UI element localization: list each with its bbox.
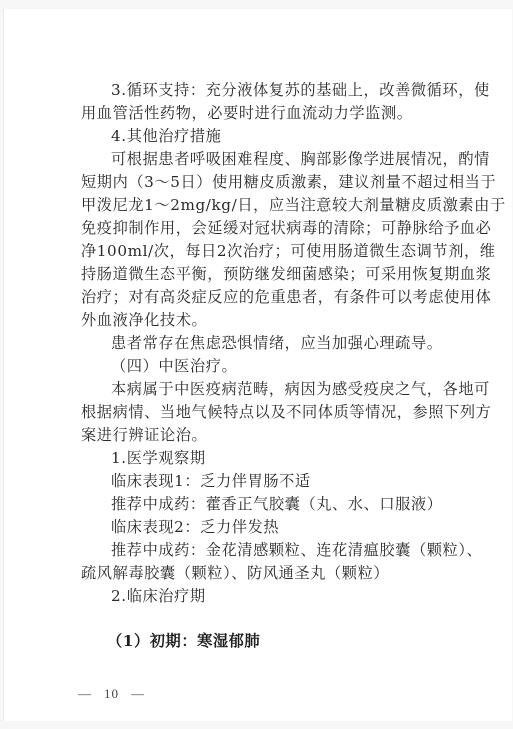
footer-dash-left: — [78, 686, 92, 701]
paragraph-glucocorticoid-cont-4: 净100ml/次，每日2次治疗；可使用肠道微生态调节剂，维 [81, 241, 441, 261]
paragraph-glucocorticoid-cont-7: 外血液净化技术。 [81, 310, 441, 330]
heading-observation-period: 1.医学观察期 [111, 448, 441, 468]
recommended-medicine-1: 推荐中成药：藿香正气胶囊（丸、水、口服液） [111, 494, 441, 514]
paragraph-tcm-intro: 本病属于中医疫病范畴，病因为感受疫戾之气，各地可 [111, 379, 441, 399]
paragraph-glucocorticoid-cont-2: 甲泼尼龙1～2mg/kg/日，应当注意较大剂量糖皮质激素由于 [81, 195, 441, 215]
paragraph-tcm-intro-cont-1: 根据病情、当地气候特点以及不同体质等情况，参照下列方 [81, 402, 441, 422]
paragraph-circulation-support-cont: 用血管活性药物，必要时进行血流动力学监测。 [81, 103, 441, 123]
paragraph-glucocorticoid-cont-5: 持肠道微生态平衡，预防继发细菌感染；可采用恢复期血浆 [81, 264, 441, 284]
heading-tcm-treatment: （四）中医治疗。 [111, 356, 441, 376]
paragraph-tcm-intro-cont-2: 案进行辨证论治。 [81, 425, 441, 445]
clinical-manifestation-2: 临床表现2：乏力伴发热 [111, 517, 441, 537]
page-number: 10 [104, 686, 119, 701]
recommended-medicine-2: 推荐中成药：金花清感颗粒、连花清瘟胶囊（颗粒）、 [111, 540, 441, 560]
paragraph-glucocorticoid-cont-3: 免疫抑制作用，会延缓对冠状病毒的清除；可静脉给予血必 [81, 218, 441, 238]
paragraph-glucocorticoid-cont-1: 短期内（3～5日）使用糖皮质激素，建议剂量不超过相当于 [81, 172, 441, 192]
heading-initial-stage: （1）初期：寒湿郁肺 [107, 631, 437, 651]
clinical-manifestation-1: 临床表现1：乏力伴胃肠不适 [111, 471, 441, 491]
heading-clinical-treatment-period: 2.临床治疗期 [111, 586, 441, 606]
paragraph-circulation-support: 3.循环支持：充分液体复苏的基础上，改善微循环，使 [111, 80, 441, 100]
heading-other-treatments: 4.其他治疗措施 [111, 126, 441, 146]
paragraph-glucocorticoid-cont-6: 治疗；对有高炎症反应的危重患者，有条件可以考虑使用体 [81, 287, 441, 307]
paragraph-glucocorticoid: 可根据患者呼吸困难程度、胸部影像学进展情况，酌情 [111, 149, 441, 169]
page-number-footer: —10— [72, 686, 151, 702]
recommended-medicine-2-cont: 疏风解毒胶囊（颗粒）、防风通圣丸（颗粒） [81, 563, 441, 583]
paragraph-psychological: 患者常存在焦虑恐惧情绪，应当加强心理疏导。 [111, 333, 441, 353]
footer-dash-right: — [131, 686, 145, 701]
